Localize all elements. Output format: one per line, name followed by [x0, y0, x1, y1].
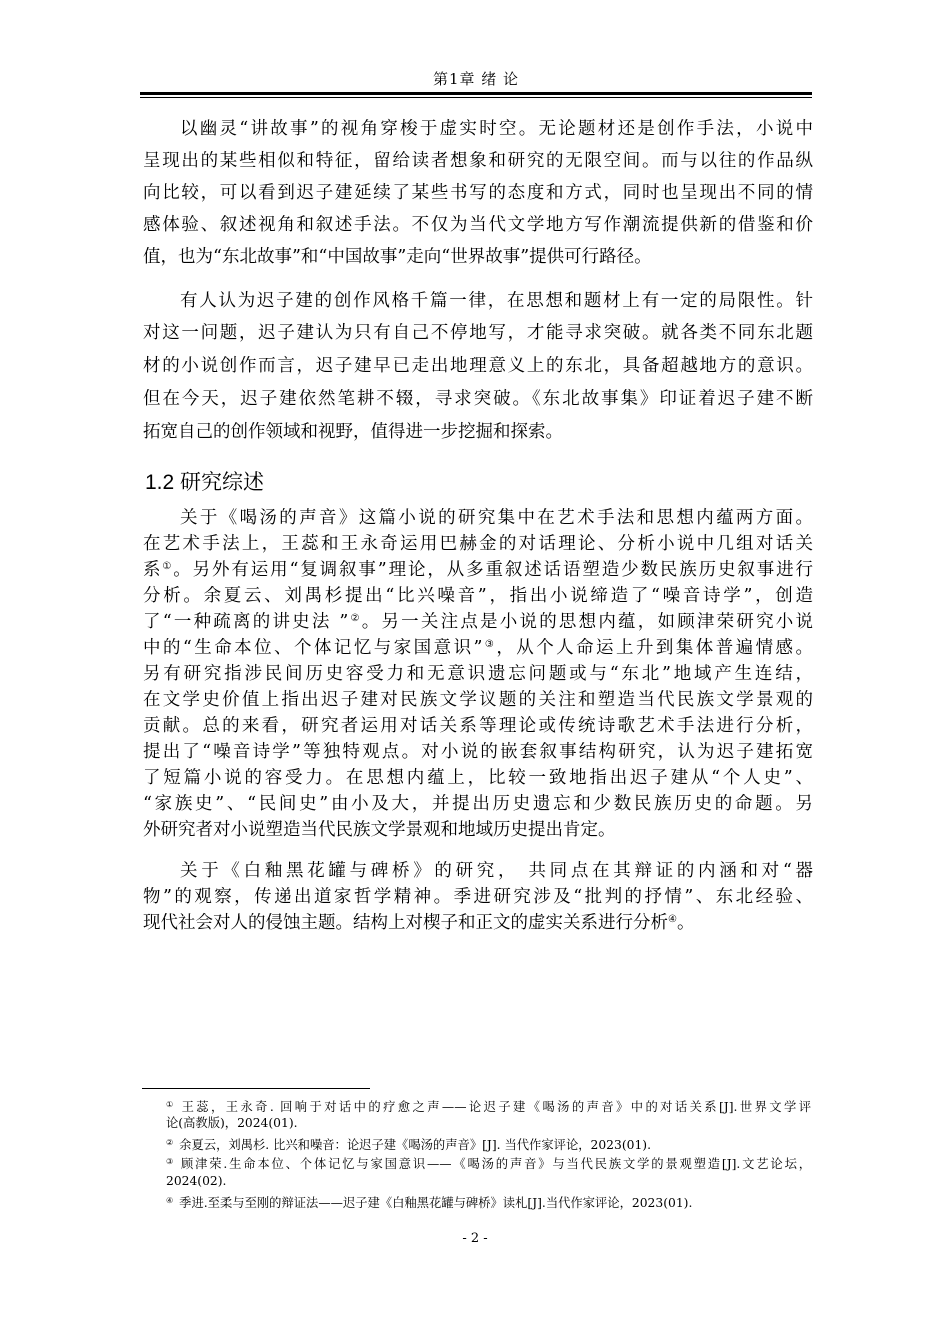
- text-segment: 。: [677, 913, 695, 933]
- footnote-mark: ④: [166, 1196, 173, 1205]
- body-line: 另有研究指涉民间历史容受力和无意识遗忘问题或与“东北”地域产生连结，: [143, 663, 813, 685]
- body-line-with-footnote: 中的“生命本位、个体记忆与家国意识”③，从个人命运上升到集体普遍情感。: [143, 637, 813, 659]
- body-line: 关于《白釉黑花罐与碑桥》的研究， 共同点在其辩证的内涵和对“器: [180, 860, 813, 882]
- body-line: 对这一问题，迟子建认为只有自己不停地写，才能寻求突破。就各类不同东北题: [143, 322, 813, 344]
- body-line: 在文学史价值上指出迟子建对民族文学议题的关注和塑造当代民族文学景观的: [143, 689, 813, 711]
- footnote-separator: [142, 1088, 370, 1089]
- page-number: - 2 -: [0, 1231, 950, 1246]
- body-line: 外研究者对小说塑造当代民族文学景观和地域历史提出肯定。: [143, 819, 813, 841]
- body-line: 分析。余夏云、刘禺杉提出“比兴噪音”，指出小说缔造了“噪音诗学”，创造: [143, 585, 813, 607]
- section-heading: 1.2 研究综述: [145, 466, 264, 496]
- body-line: 有人认为迟子建的创作风格千篇一律，在思想和题材上有一定的局限性。针: [180, 290, 813, 312]
- text-segment: 了“一种疏离的讲史法 ”: [143, 612, 348, 632]
- text-segment: 。另外有运用“复调叙事”理论，从多重叙述话语塑造少数民族历史叙事进行: [173, 560, 813, 580]
- body-line: 关于《喝汤的声音》这篇小说的研究集中在艺术手法和思想内蕴两方面。: [180, 507, 813, 529]
- body-line: 物”的观察，传递出道家哲学精神。季进研究涉及“批判的抒情”、东北经验、: [143, 886, 813, 908]
- body-line: 贡献。总的来看，研究者运用对话关系等理论或传统诗歌艺术手法进行分析，: [143, 715, 813, 737]
- running-header: 第1章 绪 论: [140, 68, 812, 89]
- footnote-text: 余夏云，刘禺杉. 比兴和噪音：论迟子建《喝汤的声音》[J]. 当代作家评论，20…: [179, 1138, 651, 1152]
- footnote-1-continued: 论(高教版)，2024(01).: [166, 1115, 811, 1131]
- footnote-text: 顾津荣.生命本位、个体记忆与家国意识——《喝汤的声音》与当代民族文学的景观塑造[…: [181, 1157, 811, 1171]
- text-segment: 中的“生命本位、个体记忆与家国意识”: [143, 638, 482, 658]
- footnote-text: 季进.至柔与至刚的辩证法——迟子建《白釉黑花罐与碑桥》读札[J].当代作家评论，…: [179, 1196, 692, 1210]
- body-line: 以幽灵“讲故事”的视角穿梭于虚实时空。无论题材还是创作手法，小说中: [180, 118, 813, 140]
- body-line: 拓宽自己的创作领域和视野，值得进一步挖掘和探索。: [143, 421, 813, 443]
- body-line: 材的小说创作而言，迟子建早已走出地理意义上的东北，具备超越地方的意识。: [143, 355, 813, 377]
- footnote-ref-2[interactable]: ②: [348, 613, 361, 624]
- document-page: 第1章 绪 论 以幽灵“讲故事”的视角穿梭于虚实时空。无论题材还是创作手法，小说…: [0, 0, 950, 1344]
- footnote-mark: ③: [166, 1157, 175, 1166]
- footnote-ref-4[interactable]: ④: [668, 914, 677, 925]
- body-line: 在艺术手法上，王蕊和王永奇运用巴赫金的对话理论、分析小说中几组对话关: [143, 533, 813, 555]
- header-rule-thick: [140, 92, 812, 95]
- body-line: 但在今天，迟子建依然笔耕不辍，寻求突破。《东北故事集》印证着迟子建不断: [143, 388, 813, 410]
- footnote-mark: ②: [166, 1138, 173, 1147]
- body-line: 了短篇小说的容受力。在思想内蕴上，比较一致地指出迟子建从“个人史”、: [143, 767, 813, 789]
- footnote-3-continued: 2024(02).: [166, 1173, 811, 1189]
- footnote-4: ④季进.至柔与至刚的辩证法——迟子建《白釉黑花罐与碑桥》读札[J].当代作家评论…: [166, 1193, 811, 1211]
- body-line-with-footnote: 了“一种疏离的讲史法 ”②。另一关注点是小说的思想内蕴，如顾津荣研究小说: [143, 611, 813, 633]
- text-segment: ，从个人命运上升到集体普遍情感。: [496, 638, 813, 658]
- footnote-text: 王蕊，王永奇. 回响于对话中的疗愈之声——论迟子建《喝汤的声音》中的对话关系[J…: [182, 1100, 811, 1114]
- header-rule-thin: [140, 97, 812, 98]
- footnote-ref-1[interactable]: ①: [162, 561, 173, 572]
- footnote-ref-3[interactable]: ③: [482, 639, 496, 650]
- text-segment: 。另一关注点是小说的思想内蕴，如顾津荣研究小说: [362, 612, 813, 632]
- body-line: 提出了“噪音诗学”等独特观点。对小说的嵌套叙事结构研究，认为迟子建拓宽: [143, 741, 813, 763]
- footnote-2: ②余夏云，刘禺杉. 比兴和噪音：论迟子建《喝汤的声音》[J]. 当代作家评论，2…: [166, 1135, 811, 1153]
- text-segment: 系: [143, 560, 162, 580]
- body-line: 值，也为“东北故事”和“中国故事”走向“世界故事”提供可行路径。: [143, 246, 813, 268]
- text-segment: 现代社会对人的侵蚀主题。结构上对楔子和正文的虚实关系进行分析: [143, 913, 668, 933]
- body-line: 呈现出的某些相似和特征，留给读者想象和研究的无限空间。而与以往的作品纵: [143, 150, 813, 172]
- footnote-1: ①王蕊，王永奇. 回响于对话中的疗愈之声——论迟子建《喝汤的声音》中的对话关系[…: [166, 1097, 811, 1115]
- body-line-with-footnote: 现代社会对人的侵蚀主题。结构上对楔子和正文的虚实关系进行分析④。: [143, 912, 813, 934]
- body-line: 向比较，可以看到迟子建延续了某些书写的态度和方式，同时也呈现出不同的情: [143, 182, 813, 204]
- footnote-mark: ①: [166, 1100, 176, 1109]
- footnote-3: ③顾津荣.生命本位、个体记忆与家国意识——《喝汤的声音》与当代民族文学的景观塑造…: [166, 1154, 811, 1172]
- body-line-with-footnote: 系①。另外有运用“复调叙事”理论，从多重叙述话语塑造少数民族历史叙事进行: [143, 559, 813, 581]
- body-line: “家族史”、“民间史”由小及大，并提出历史遗忘和少数民族历史的命题。另: [143, 793, 813, 815]
- body-line: 感体验、叙述视角和叙述手法。不仅为当代文学地方写作潮流提供新的借鉴和价: [143, 214, 813, 236]
